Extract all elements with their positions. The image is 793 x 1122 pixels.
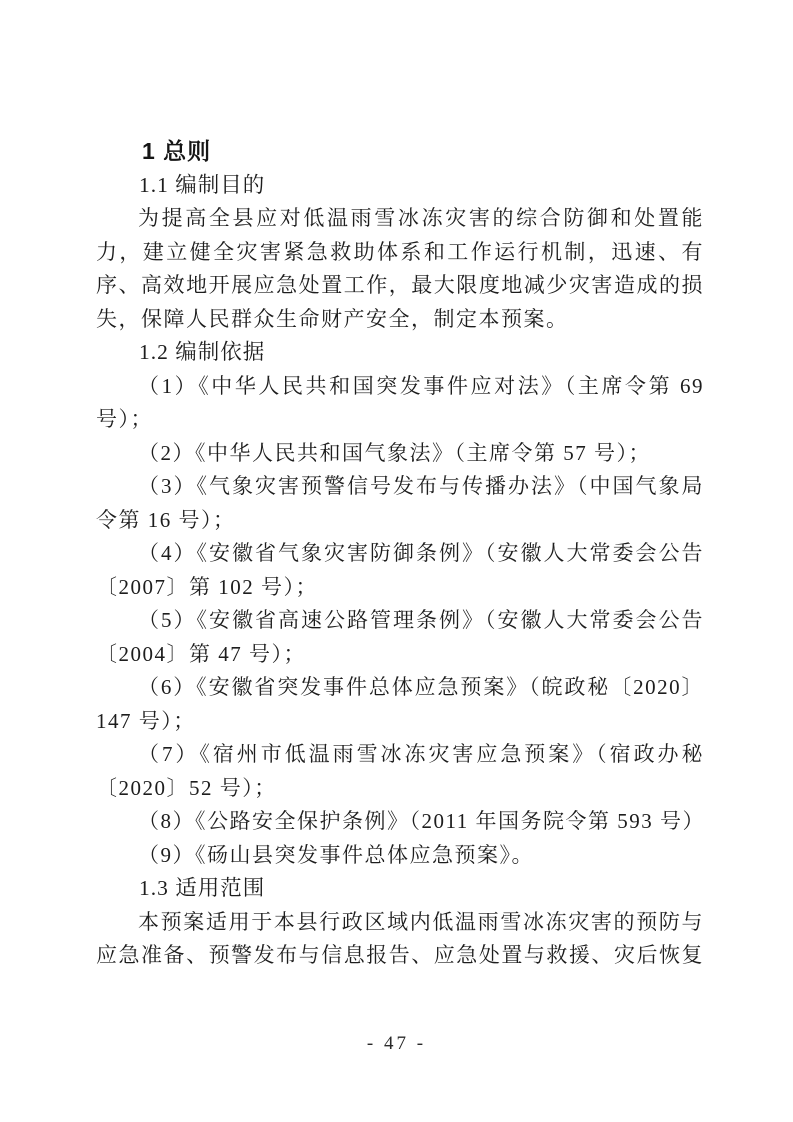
section-heading-compilation-purpose: 1.1 编制目的 xyxy=(96,169,704,203)
paragraph-scope-of-application: 本预案适用于本县行政区域内低温雨雪冰冻灾害的预防与应急准备、预警发布与信息报告、… xyxy=(96,906,704,973)
legal-basis-item-9: （9）《砀山县突发事件总体应急预案》。 xyxy=(96,839,704,873)
legal-basis-item-1: （1）《中华人民共和国突发事件应对法》（主席令第 69 号）； xyxy=(96,370,704,437)
section-heading-compilation-basis: 1.2 编制依据 xyxy=(96,336,704,370)
document-body: 1 总则 1.1 编制目的 为提高全县应对低温雨雪冰冻灾害的综合防御和处置能力，… xyxy=(96,135,704,973)
legal-basis-item-6: （6）《安徽省突发事件总体应急预案》（皖政秘〔2020〕147 号）； xyxy=(96,671,704,738)
legal-basis-item-2: （2）《中华人民共和国气象法》（主席令第 57 号）； xyxy=(96,437,704,471)
legal-basis-item-3: （3）《气象灾害预警信号发布与传播办法》（中国气象局令第 16 号）； xyxy=(96,470,704,537)
paragraph-compilation-purpose: 为提高全县应对低温雨雪冰冻灾害的综合防御和处置能力，建立健全灾害紧急救助体系和工… xyxy=(96,202,704,336)
legal-basis-item-4: （4）《安徽省气象灾害防御条例》（安徽人大常委会公告〔2007〕第 102 号）… xyxy=(96,537,704,604)
chapter-heading: 1 总则 xyxy=(96,135,704,169)
section-heading-scope-of-application: 1.3 适用范围 xyxy=(96,872,704,906)
legal-basis-item-7: （7）《宿州市低温雨雪冰冻灾害应急预案》（宿政办秘〔2020〕52 号）； xyxy=(96,738,704,805)
legal-basis-item-5: （5）《安徽省高速公路管理条例》（安徽人大常委会公告〔2004〕第 47 号）； xyxy=(96,604,704,671)
page-number-label: - 47 - xyxy=(367,1033,426,1054)
page-number: - 47 - xyxy=(0,1030,793,1058)
legal-basis-item-8: （8）《公路安全保护条例》（2011 年国务院令第 593 号） xyxy=(96,805,704,839)
document-page: 1 总则 1.1 编制目的 为提高全县应对低温雨雪冰冻灾害的综合防御和处置能力，… xyxy=(0,0,793,1122)
